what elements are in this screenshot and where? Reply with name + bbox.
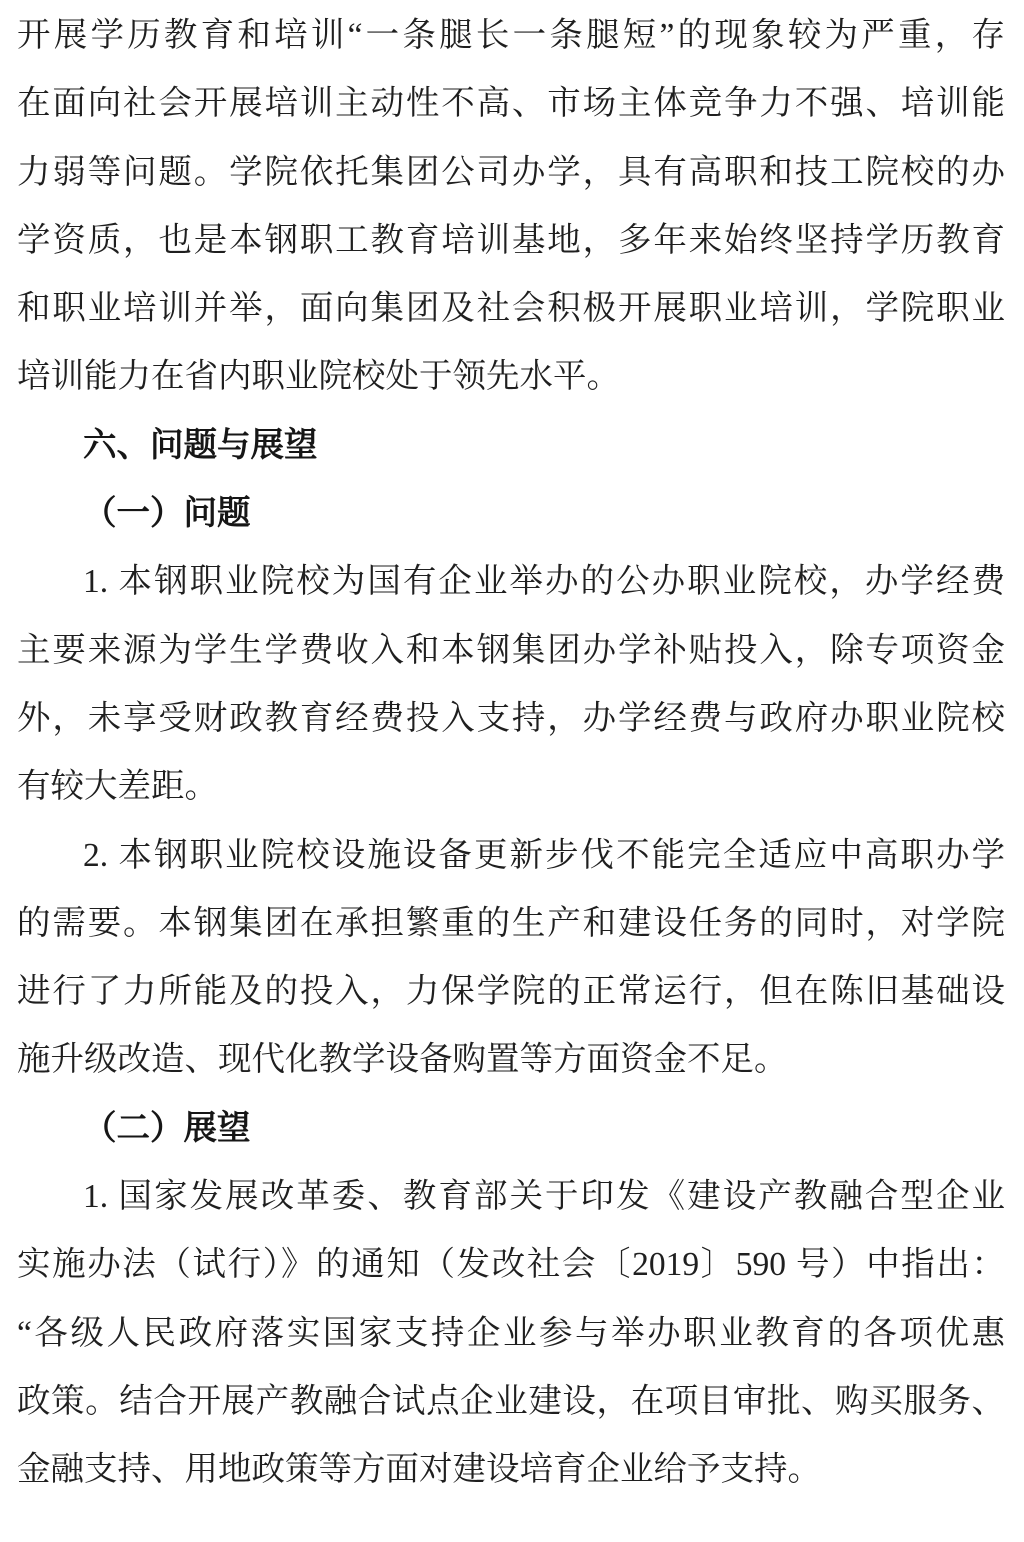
- text-line: 培训能力在省内职业院校处于领先水平。: [17, 343, 1005, 411]
- text-line: 学资质，也是本钢职工教育培训基地，多年来始终坚持学历教育: [17, 207, 1005, 275]
- text-line: “各级人民政府落实国家支持企业参与举办职业教育的各项优惠: [17, 1300, 1005, 1368]
- subsection-heading-problems: （一）问题: [17, 480, 1005, 548]
- text-line: 政策。结合开展产教融合试点企业建设，在项目审批、购买服务、: [17, 1368, 1005, 1436]
- text-line: 实施办法（试行）》的通知（发改社会〔2019〕590 号）中指出：: [17, 1231, 1005, 1299]
- document-text-block: 开展学历教育和培训“一条腿长一条腿短”的现象较为严重，存 在面向社会开展培训主动…: [17, 2, 1005, 1505]
- section-heading-problems-outlook: 六、问题与展望: [17, 412, 1005, 480]
- text-line: 有较大差距。: [17, 753, 1005, 821]
- text-line: 2. 本钢职业院校设施设备更新步伐不能完全适应中高职办学: [17, 822, 1005, 890]
- text-line: 外，未享受财政教育经费投入支持，办学经费与政府办职业院校: [17, 685, 1005, 753]
- text-line: 施升级改造、现代化教学设备购置等方面资金不足。: [17, 1026, 1005, 1094]
- text-line: 力弱等问题。学院依托集团公司办学，具有高职和技工院校的办: [17, 139, 1005, 207]
- text-line: 的需要。本钢集团在承担繁重的生产和建设任务的同时，对学院: [17, 890, 1005, 958]
- text-line: 和职业培训并举，面向集团及社会积极开展职业培训，学院职业: [17, 275, 1005, 343]
- text-line: 主要来源为学生学费收入和本钢集团办学补贴投入，除专项资金: [17, 617, 1005, 685]
- subsection-heading-outlook: （二）展望: [17, 1095, 1005, 1163]
- text-line: 开展学历教育和培训“一条腿长一条腿短”的现象较为严重，存: [17, 2, 1005, 70]
- text-line: 在面向社会开展培训主动性不高、市场主体竞争力不强、培训能: [17, 70, 1005, 138]
- text-line: 1. 本钢职业院校为国有企业举办的公办职业院校，办学经费: [17, 548, 1005, 616]
- text-line: 金融支持、用地政策等方面对建设培育企业给予支持。: [17, 1436, 1005, 1504]
- document-page: 开展学历教育和培训“一条腿长一条腿短”的现象较为严重，存 在面向社会开展培训主动…: [0, 0, 1024, 1542]
- text-line: 1. 国家发展改革委、教育部关于印发《建设产教融合型企业: [17, 1163, 1005, 1231]
- text-line: 进行了力所能及的投入，力保学院的正常运行，但在陈旧基础设: [17, 958, 1005, 1026]
